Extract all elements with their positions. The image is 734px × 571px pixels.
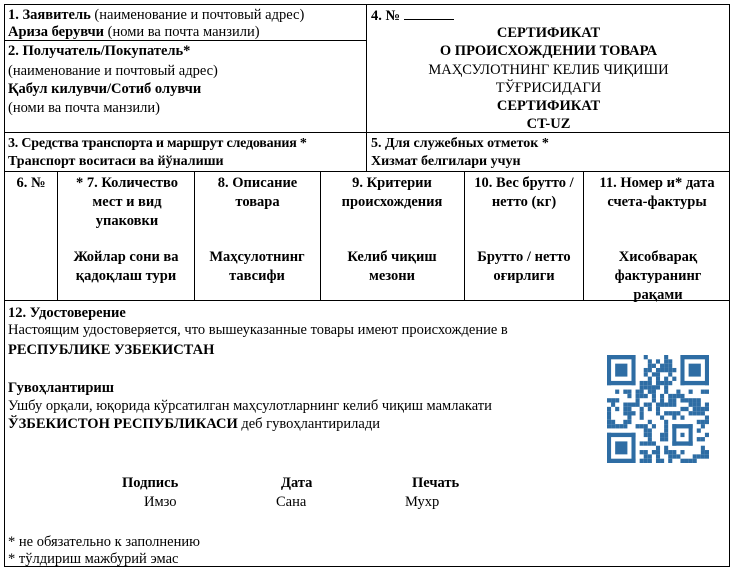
col-8-header: 8. Описание товара: [200, 174, 315, 212]
col-10-header-uz: Брутто / нетто оғирлиги: [466, 248, 582, 286]
qr-code-icon: [607, 355, 709, 463]
title-uz-1: МАҲСУЛОТНИНГ КЕЛИБ ЧИҚИШИ: [367, 61, 730, 79]
divider: [320, 171, 321, 300]
signature-label: Подпись: [122, 474, 178, 492]
box12-uz-text: Ушбу орқали, юқорида кўрсатилган маҳсуло…: [8, 397, 492, 415]
divider: [194, 171, 195, 300]
box1-label: 1. Заявитель: [8, 7, 91, 23]
box1-uz-label: Ариза берувчи: [8, 24, 104, 40]
box12-uz-label: Гувоҳлантириш: [8, 379, 114, 397]
certificate-number-field[interactable]: [404, 6, 454, 20]
date-label: Дата: [281, 474, 312, 492]
box3-transport-field[interactable]: [5, 134, 365, 170]
col-9-header-uz: Келиб чиқиш мезони: [330, 248, 454, 286]
box5-uz: Хизмат белгилари учун: [371, 153, 521, 171]
col-11-header-uz: Хисобварақ фактуранинг рақами: [600, 248, 716, 305]
col-7-header: * 7. Количество мест и вид упаковки: [72, 174, 182, 231]
col-7-header-uz: Жойлар сони ва қадоқлаш тури: [62, 248, 190, 286]
box2-recipient-field[interactable]: [5, 42, 365, 131]
divider: [464, 171, 465, 300]
box5-label: 5. Для служебных отметок *: [371, 135, 549, 153]
box1-uz: Ариза берувчи (номи ва почта манзили): [8, 23, 260, 41]
title-uz-3: СЕРТИФИКАТ: [367, 97, 730, 115]
box4-number-label: 4. №: [371, 8, 400, 24]
footnote-ru: * не обязательно к заполнению: [8, 533, 200, 551]
box1-applicant[interactable]: 1. Заявитель (наименование и почтовый ад…: [8, 6, 304, 24]
divider: [4, 171, 730, 172]
divider: [57, 171, 58, 300]
signature-label-uz: Имзо: [144, 493, 177, 511]
box4-number: 4. №: [371, 6, 454, 25]
col-9-header: 9. Критерии происхождения: [322, 174, 462, 212]
footnote-uz: * тўлдириш мажбурий эмас: [8, 550, 179, 568]
seal-label: Печать: [412, 474, 459, 492]
box12-ru-text: Настоящим удостоверяется, что вышеуказан…: [8, 321, 508, 339]
box12-ru-country: РЕСПУБЛИКЕ УЗБЕКИСТАН: [8, 341, 214, 359]
title-uz-2: ТЎҒРИСИДАГИ: [367, 79, 730, 97]
box12-uz-country: ЎЗБЕКИСТОН РЕСПУБЛИКАСИ: [8, 416, 238, 432]
box12-uz-tail: деб гувоҳлантирилади: [238, 416, 380, 432]
col-11-header: 11. Номер и* дата счета-фактуры: [586, 174, 728, 212]
box1-label-rest: (наименование и почтовый адрес): [91, 7, 305, 23]
title-ru-2: О ПРОИСХОЖДЕНИИ ТОВАРА: [367, 42, 730, 60]
col-10-header: 10. Вес брутто / нетто (кг): [466, 174, 582, 212]
box12-uz-country-line: ЎЗБЕКИСТОН РЕСПУБЛИКАСИ деб гувоҳлантири…: [8, 415, 380, 433]
divider: [583, 171, 584, 300]
title-ru-1: СЕРТИФИКАТ: [367, 24, 730, 42]
box1-uz-rest: (номи ва почта манзили): [104, 24, 260, 40]
box12-label: 12. Удостоверение: [8, 304, 126, 322]
col-6-header: 6. №: [5, 174, 57, 193]
seal-label-uz: Мухр: [405, 493, 439, 511]
date-label-uz: Сана: [276, 493, 306, 511]
certificate-code: CT-UZ: [367, 115, 730, 133]
col-8-header-uz: Маҳсулотнинг тавсифи: [196, 248, 318, 286]
